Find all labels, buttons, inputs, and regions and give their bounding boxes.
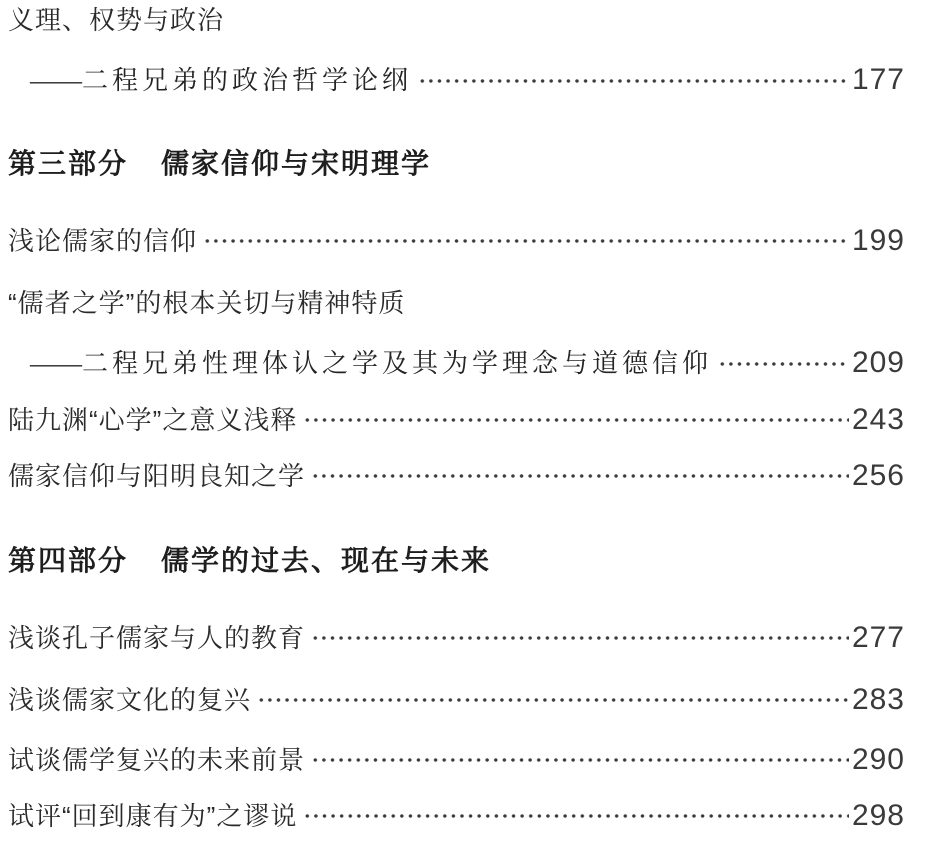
toc-entry: 儒家信仰与阳明良知之学 256: [8, 460, 905, 492]
em-dash: ——: [30, 348, 82, 380]
toc-entry-text: 陆九渊“心学”之意义浅释: [8, 404, 297, 436]
toc-page-number: 199: [852, 225, 905, 257]
toc-entry: 陆九渊“心学”之意义浅释 243: [8, 404, 905, 436]
toc-page: 义理、权势与政治 —— 二程兄弟的政治哲学论纲 177 第三部分 儒家信仰与宋明…: [0, 0, 936, 841]
toc-section-heading: 第四部分 儒学的过去、现在与未来: [8, 544, 905, 578]
toc-page-number: 243: [852, 404, 905, 436]
em-dash: ——: [30, 65, 82, 97]
dot-leader: [303, 814, 849, 818]
toc-title-line: 义理、权势与政治: [8, 4, 905, 36]
dot-leader: [203, 239, 849, 243]
dot-leader: [303, 418, 849, 422]
toc-entry-text: 试评“回到康有为”之谬说: [8, 800, 297, 832]
section-title: 儒学的过去、现在与未来: [161, 544, 491, 578]
toc-entry-text: 浅谈儒家文化的复兴: [8, 684, 251, 716]
toc-entry: 试评“回到康有为”之谬说 298: [8, 800, 905, 832]
toc-title-text: “儒者之学”的根本关切与精神特质: [8, 287, 405, 319]
dot-leader: [418, 79, 849, 83]
toc-entry: 浅谈儒家文化的复兴 283: [8, 684, 905, 716]
toc-page-number: 256: [852, 460, 905, 492]
toc-page-number: 298: [852, 800, 905, 832]
dot-leader: [311, 474, 849, 478]
toc-page-number: 177: [852, 64, 905, 96]
toc-page-number: 209: [852, 347, 905, 379]
toc-entry: 浅论儒家的信仰 199: [8, 225, 905, 257]
toc-page-number: 290: [852, 744, 905, 776]
toc-entry-text: 试谈儒学复兴的未来前景: [8, 744, 305, 776]
toc-entry: 试谈儒学复兴的未来前景 290: [8, 744, 905, 776]
section-number: 第四部分: [8, 544, 128, 578]
dot-leader: [718, 362, 849, 366]
toc-subtitle-text: 二程兄弟性理体认之学及其为学理念与道德信仰: [82, 348, 712, 380]
toc-title-line: “儒者之学”的根本关切与精神特质: [8, 287, 905, 319]
section-number: 第三部分: [8, 147, 128, 181]
toc-entry-text: 儒家信仰与阳明良知之学: [8, 460, 305, 492]
toc-subtitle-text: 二程兄弟的政治哲学论纲: [82, 65, 412, 97]
toc-subtitle-line: —— 二程兄弟的政治哲学论纲 177: [8, 64, 905, 97]
dot-leader: [311, 636, 849, 640]
dot-leader: [311, 758, 849, 762]
toc-entry-text: 浅论儒家的信仰: [8, 225, 197, 257]
dot-leader: [257, 698, 849, 702]
toc-page-number: 277: [852, 622, 905, 654]
section-title: 儒家信仰与宋明理学: [161, 147, 431, 181]
toc-entry-text: 浅谈孔子儒家与人的教育: [8, 622, 305, 654]
toc-title-text: 义理、权势与政治: [8, 4, 224, 36]
toc-section-heading: 第三部分 儒家信仰与宋明理学: [8, 147, 905, 181]
toc-entry: 浅谈孔子儒家与人的教育 277: [8, 622, 905, 654]
toc-page-number: 283: [852, 684, 905, 716]
toc-subtitle-line: —— 二程兄弟性理体认之学及其为学理念与道德信仰 209: [8, 347, 905, 380]
